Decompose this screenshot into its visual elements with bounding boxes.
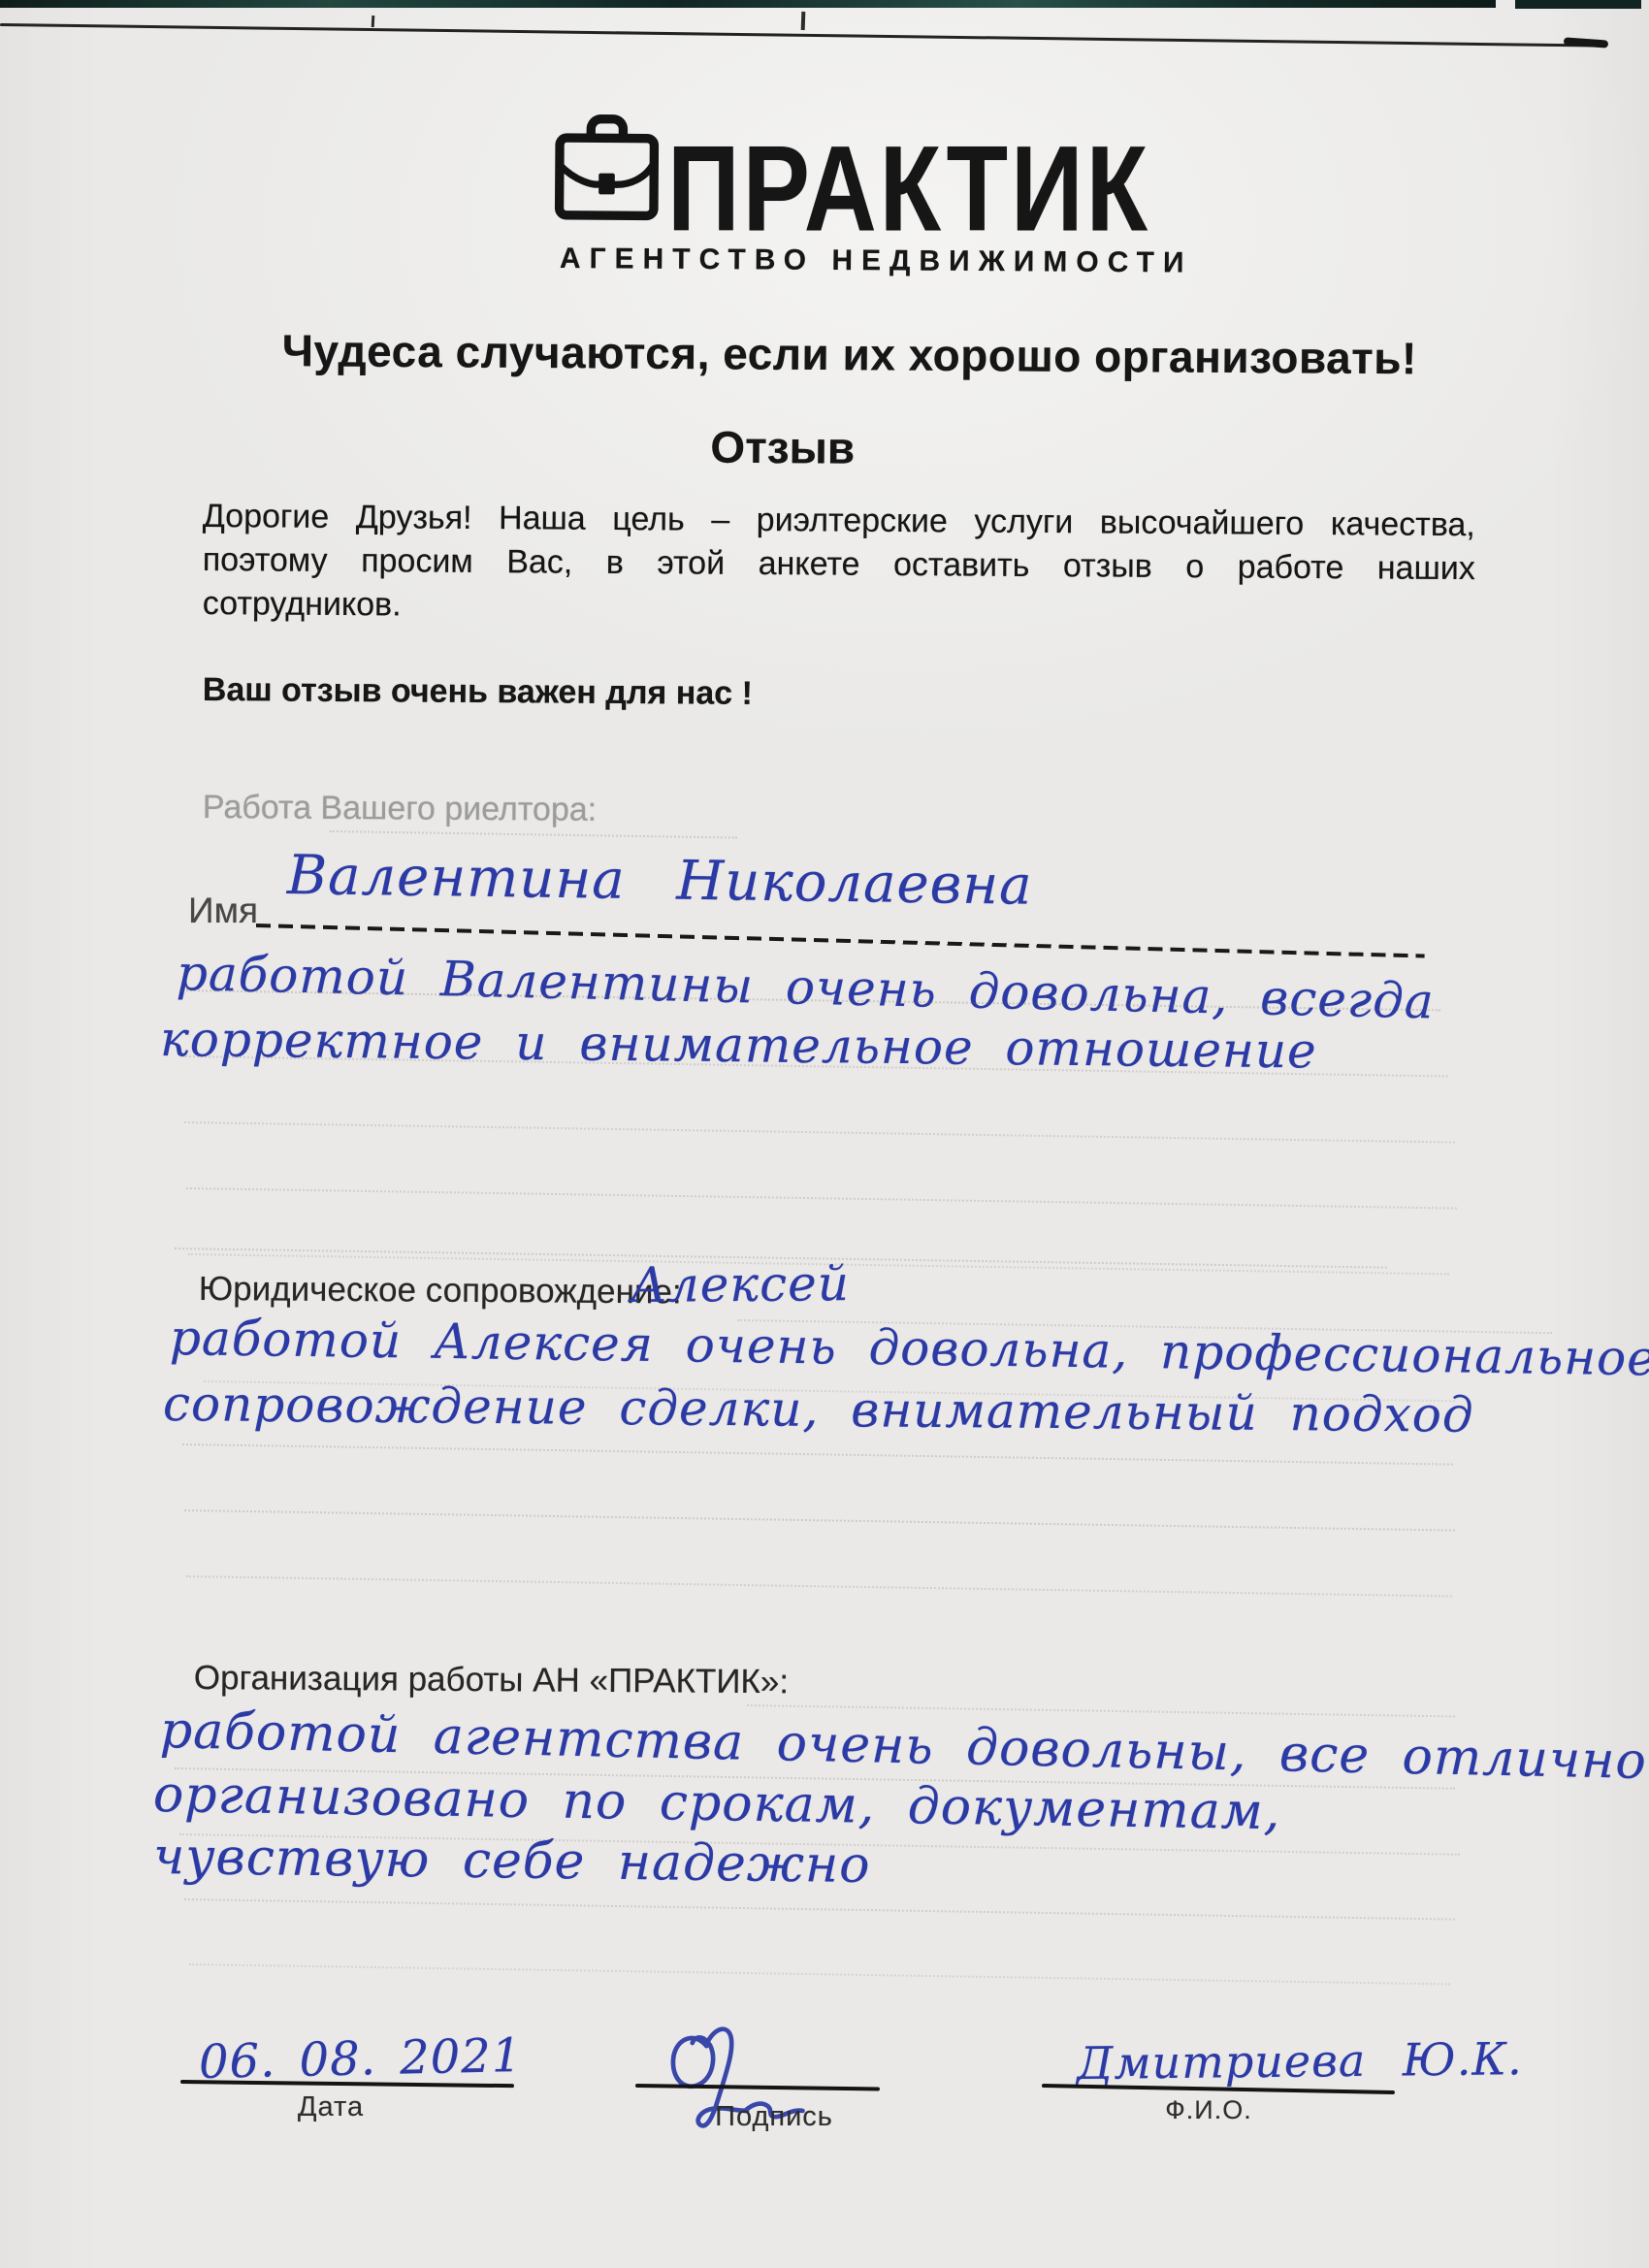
section-label-legal: Юридическое сопровождение: [199,1270,682,1312]
fio-label: Ф.И.О. [1150,2095,1267,2125]
scan-speck [372,16,375,27]
handwritten-legal-name: Алексей [630,1255,850,1313]
scanned-feedback-form: ПРАКТИК АГЕНТСТВО НЕДВИЖИМОСТИ Чудеса сл… [0,0,1649,2268]
handwritten-fio: Дмитриева Ю.К. [1077,2032,1523,2090]
scan-edge-bar [0,0,1496,8]
handwritten-comment: чувствую себе надежно [153,1828,871,1895]
ruled-line [184,1121,1455,1144]
handwritten-comment: работой Алексея очень довольна, професси… [170,1310,1649,1386]
name-field-label: Имя [188,891,258,931]
signature-label: Подпись [711,2101,837,2133]
handwritten-realtor-name: Валентина Николаевна [287,844,1033,918]
note-line: Ваш отзыв очень важен для нас ! [203,671,753,713]
form-title: Отзыв [201,417,1365,477]
brand-name: ПРАКТИК [667,120,1150,259]
scan-speck [801,12,806,30]
handwritten-comment: корректное и внимательное отношение [160,1011,1317,1079]
ruled-line [186,1187,1457,1210]
briefcase-icon [553,110,661,223]
ruled-line [184,1898,1455,1921]
scan-page-edge-line [0,23,1599,48]
ruled-line [189,1963,1450,1985]
brand-tagline: АГЕНТСТВО НЕДВИЖИМОСТИ [560,243,1193,280]
section-label-organization: Организация работы АН «ПРАКТИК»: [194,1659,789,1701]
slogan: Чудеса случаются, если их хорошо организ… [258,324,1441,385]
scan-edge-bar-fragment [1515,0,1641,9]
ruled-line [330,830,737,839]
date-label: Дата [277,2091,384,2123]
ruled-line [184,1509,1455,1532]
handwritten-comment: сопровождение сделки, внимательный подхо… [163,1376,1474,1443]
ruled-line [186,1575,1452,1597]
intro-line-3: сотрудников. [203,582,402,627]
section-label-realtor: Работа Вашего риелтора: [203,789,598,829]
ruled-line [182,1443,1453,1466]
